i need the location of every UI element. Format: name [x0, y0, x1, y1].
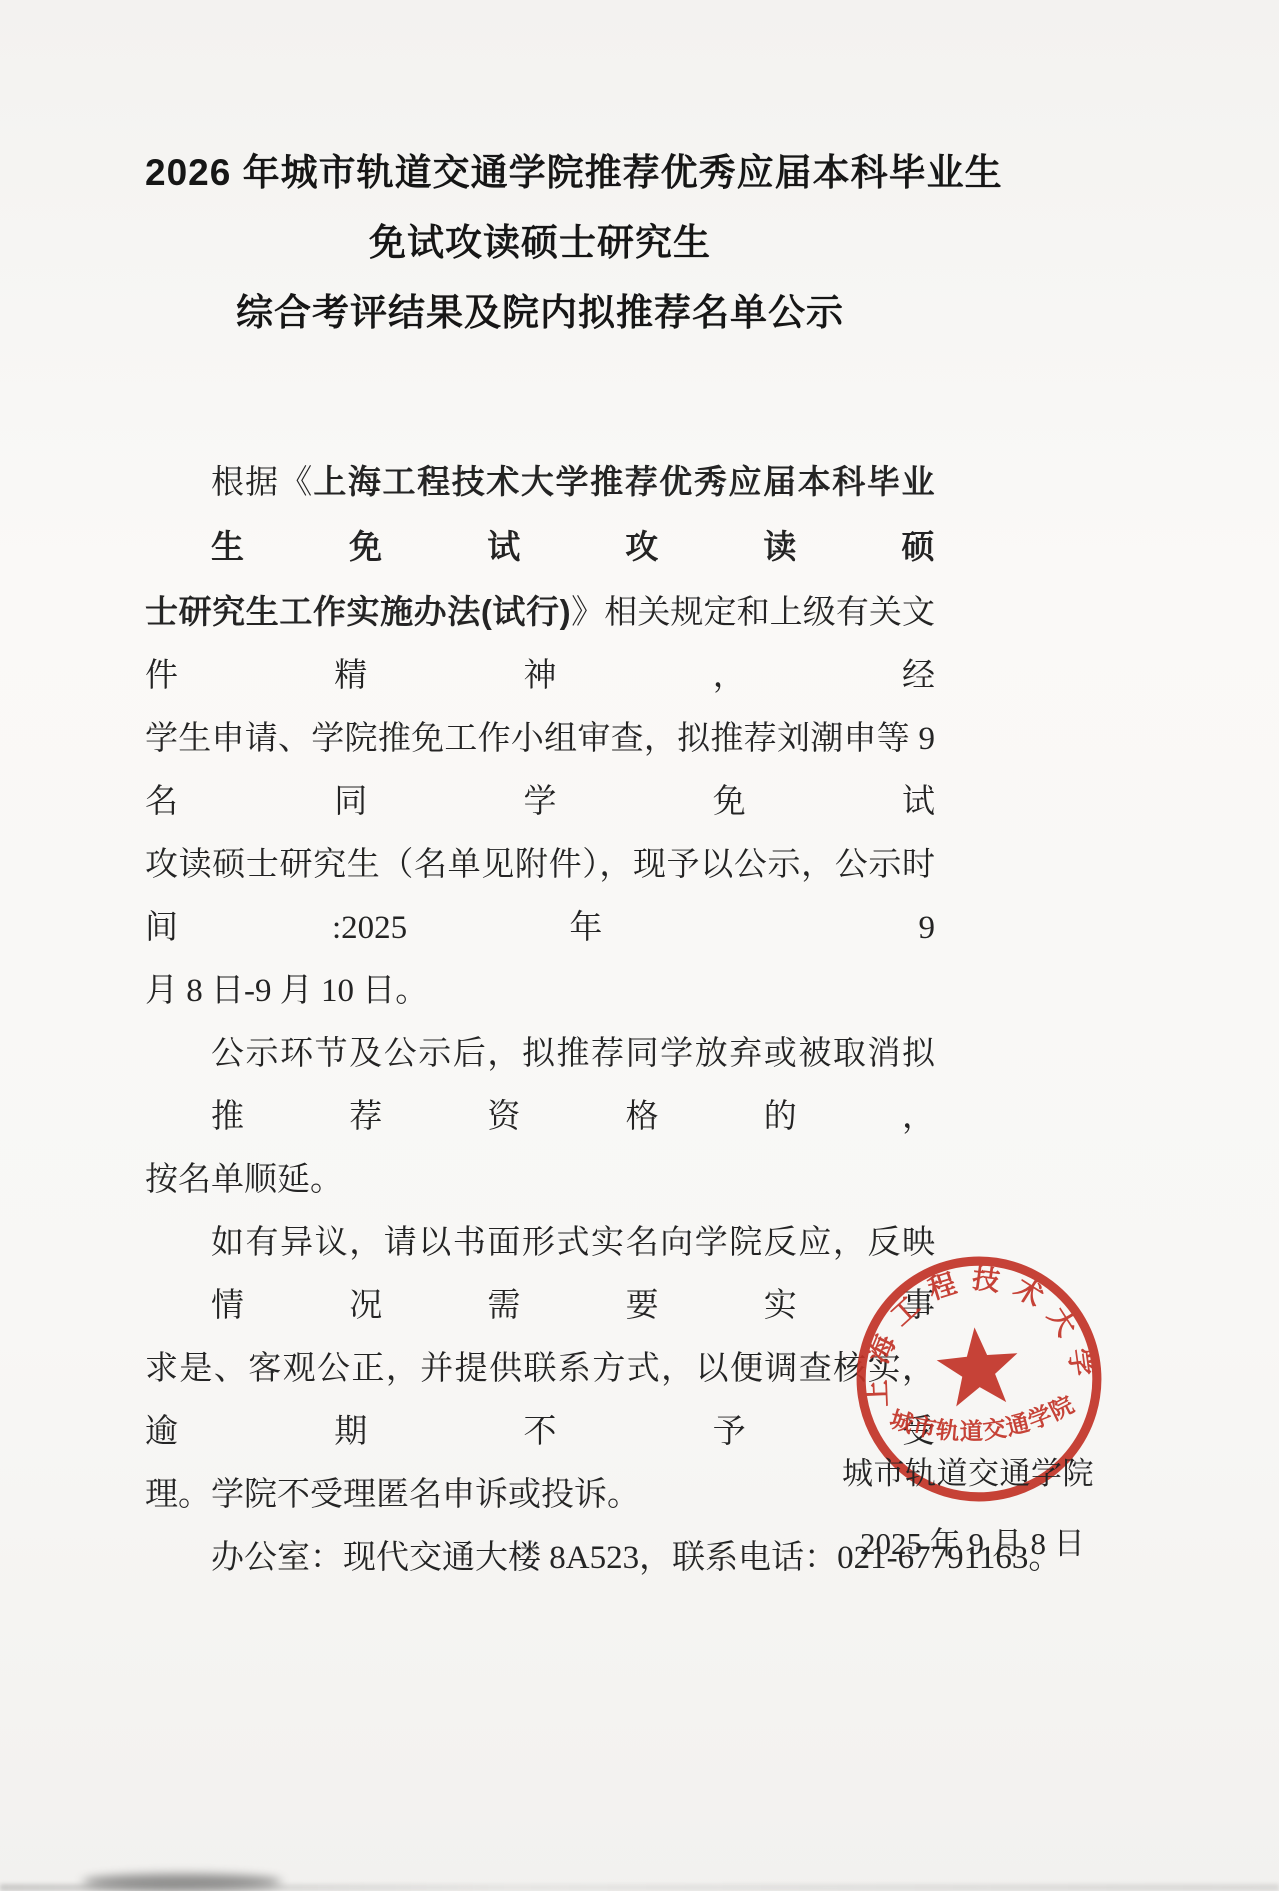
office-contact-line: 办公室：现代交通大楼 8A523，联系电话：021-67791163。	[145, 1527, 935, 1590]
notice-title: 2026 年城市轨道交通学院推荐优秀应届本科毕业生 免试攻读硕士研究生 综合考评…	[145, 138, 935, 348]
body-line: 理。学院不受理匿名申诉或投诉。	[145, 1464, 935, 1527]
body-text: 根据《	[211, 465, 313, 501]
body-line: 攻读硕士研究生（名单见附件），现予以公示，公示时间:2025 年 9	[145, 834, 935, 960]
scanned-notice-page: 2026 年城市轨道交通学院推荐优秀应届本科毕业生 免试攻读硕士研究生 综合考评…	[0, 0, 1279, 1891]
seal-star-icon	[934, 1324, 1021, 1408]
body-line: 按名单顺延。	[145, 1149, 935, 1212]
title-line-1: 2026 年城市轨道交通学院推荐优秀应届本科毕业生	[145, 138, 935, 208]
body-line: 公示环节及公示后，拟推荐同学放弃或被取消拟推荐资格的，	[145, 1023, 935, 1149]
signing-department: 城市轨道交通学院	[842, 1448, 1082, 1493]
regulation-title-part2: 士研究生工作实施办法(试行)	[145, 593, 571, 630]
seal-inner-text: 城市轨道交通学院	[885, 1390, 1081, 1453]
title-line-2: 免试攻读硕士研究生	[145, 208, 935, 278]
regulation-title-part1: 上海工程技术大学推荐优秀应届本科毕业生免试攻读硕	[211, 463, 935, 565]
scan-edge-artifact	[0, 1884, 1279, 1891]
notice-body: 根据《上海工程技术大学推荐优秀应届本科毕业生免试攻读硕 士研究生工作实施办法(试…	[145, 450, 935, 1590]
body-line: 如有异议，请以书面形式实名向学院反应，反映情况需要实事	[145, 1212, 935, 1338]
body-line: 士研究生工作实施办法(试行)》相关规定和上级有关文件精神，经	[145, 580, 935, 708]
notice-date: 2025 年 9 月 8 日	[860, 1518, 1100, 1563]
body-line: 求是、客观公正，并提供联系方式，以便调查核实，逾期不予受	[145, 1338, 935, 1464]
body-line: 根据《上海工程技术大学推荐优秀应届本科毕业生免试攻读硕	[145, 450, 935, 580]
body-line: 学生申请、学院推免工作小组审查，拟推荐刘潮申等 9 名同学免试	[145, 708, 935, 834]
title-line-3: 综合考评结果及院内拟推荐名单公示	[145, 278, 935, 348]
body-line: 月 8 日-9 月 10 日。	[145, 960, 935, 1023]
